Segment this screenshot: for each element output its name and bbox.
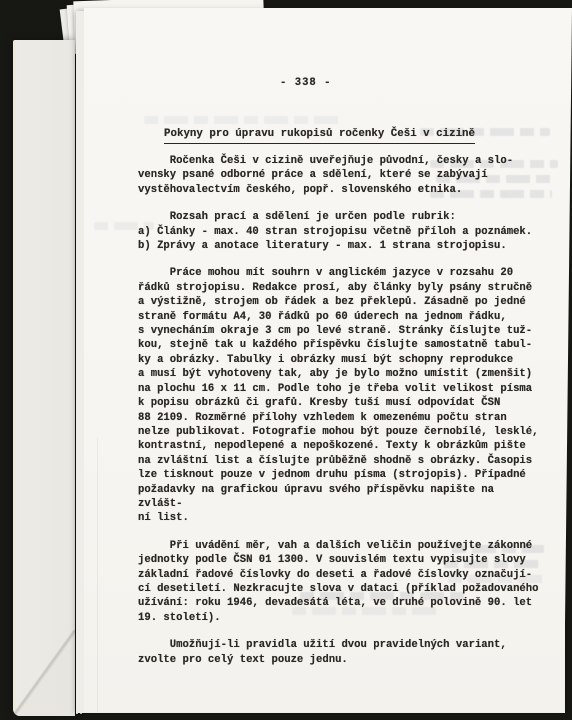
paragraph-units-rules: Při uvádění měr, vah a dalších veličin p…: [138, 539, 544, 625]
paragraph-rubrics-intro: Rozsah prací a sdělení je určen podle ru…: [138, 210, 544, 224]
page-fold: [13, 630, 75, 716]
list-item-rubric-b: b) Zprávy a anotace literatury - max. 1 …: [138, 239, 544, 253]
photo-backdrop: { "document": { "page_number": "- 338 -"…: [0, 0, 572, 720]
paragraph-yearbook-intro: Ročenka Češi v cizině uveřejňuje původní…: [138, 154, 544, 197]
page-crease: [97, 438, 98, 712]
page-number: - 338 -: [280, 76, 332, 90]
page-stack-left-edge: [13, 40, 75, 716]
paragraph-manuscript-rules: Práce mohou mít souhrn v anglickém jazyc…: [138, 266, 544, 525]
list-item-rubric-a: a) Články - max. 40 stran strojopisu vče…: [138, 225, 544, 239]
document-page: - 338 - Pokyny pro úpravu rukopisů ročen…: [84, 8, 572, 712]
document-body: Ročenka Češi v cizině uveřejňuje původní…: [138, 154, 544, 667]
paragraph-variants-rule: Umožňují-li pravidla užití dvou pravidel…: [138, 638, 544, 667]
bleedthrough-text-artifact: [144, 116, 344, 124]
document-title: Pokyny pro úpravu rukopisů ročenky Češi …: [164, 127, 475, 144]
